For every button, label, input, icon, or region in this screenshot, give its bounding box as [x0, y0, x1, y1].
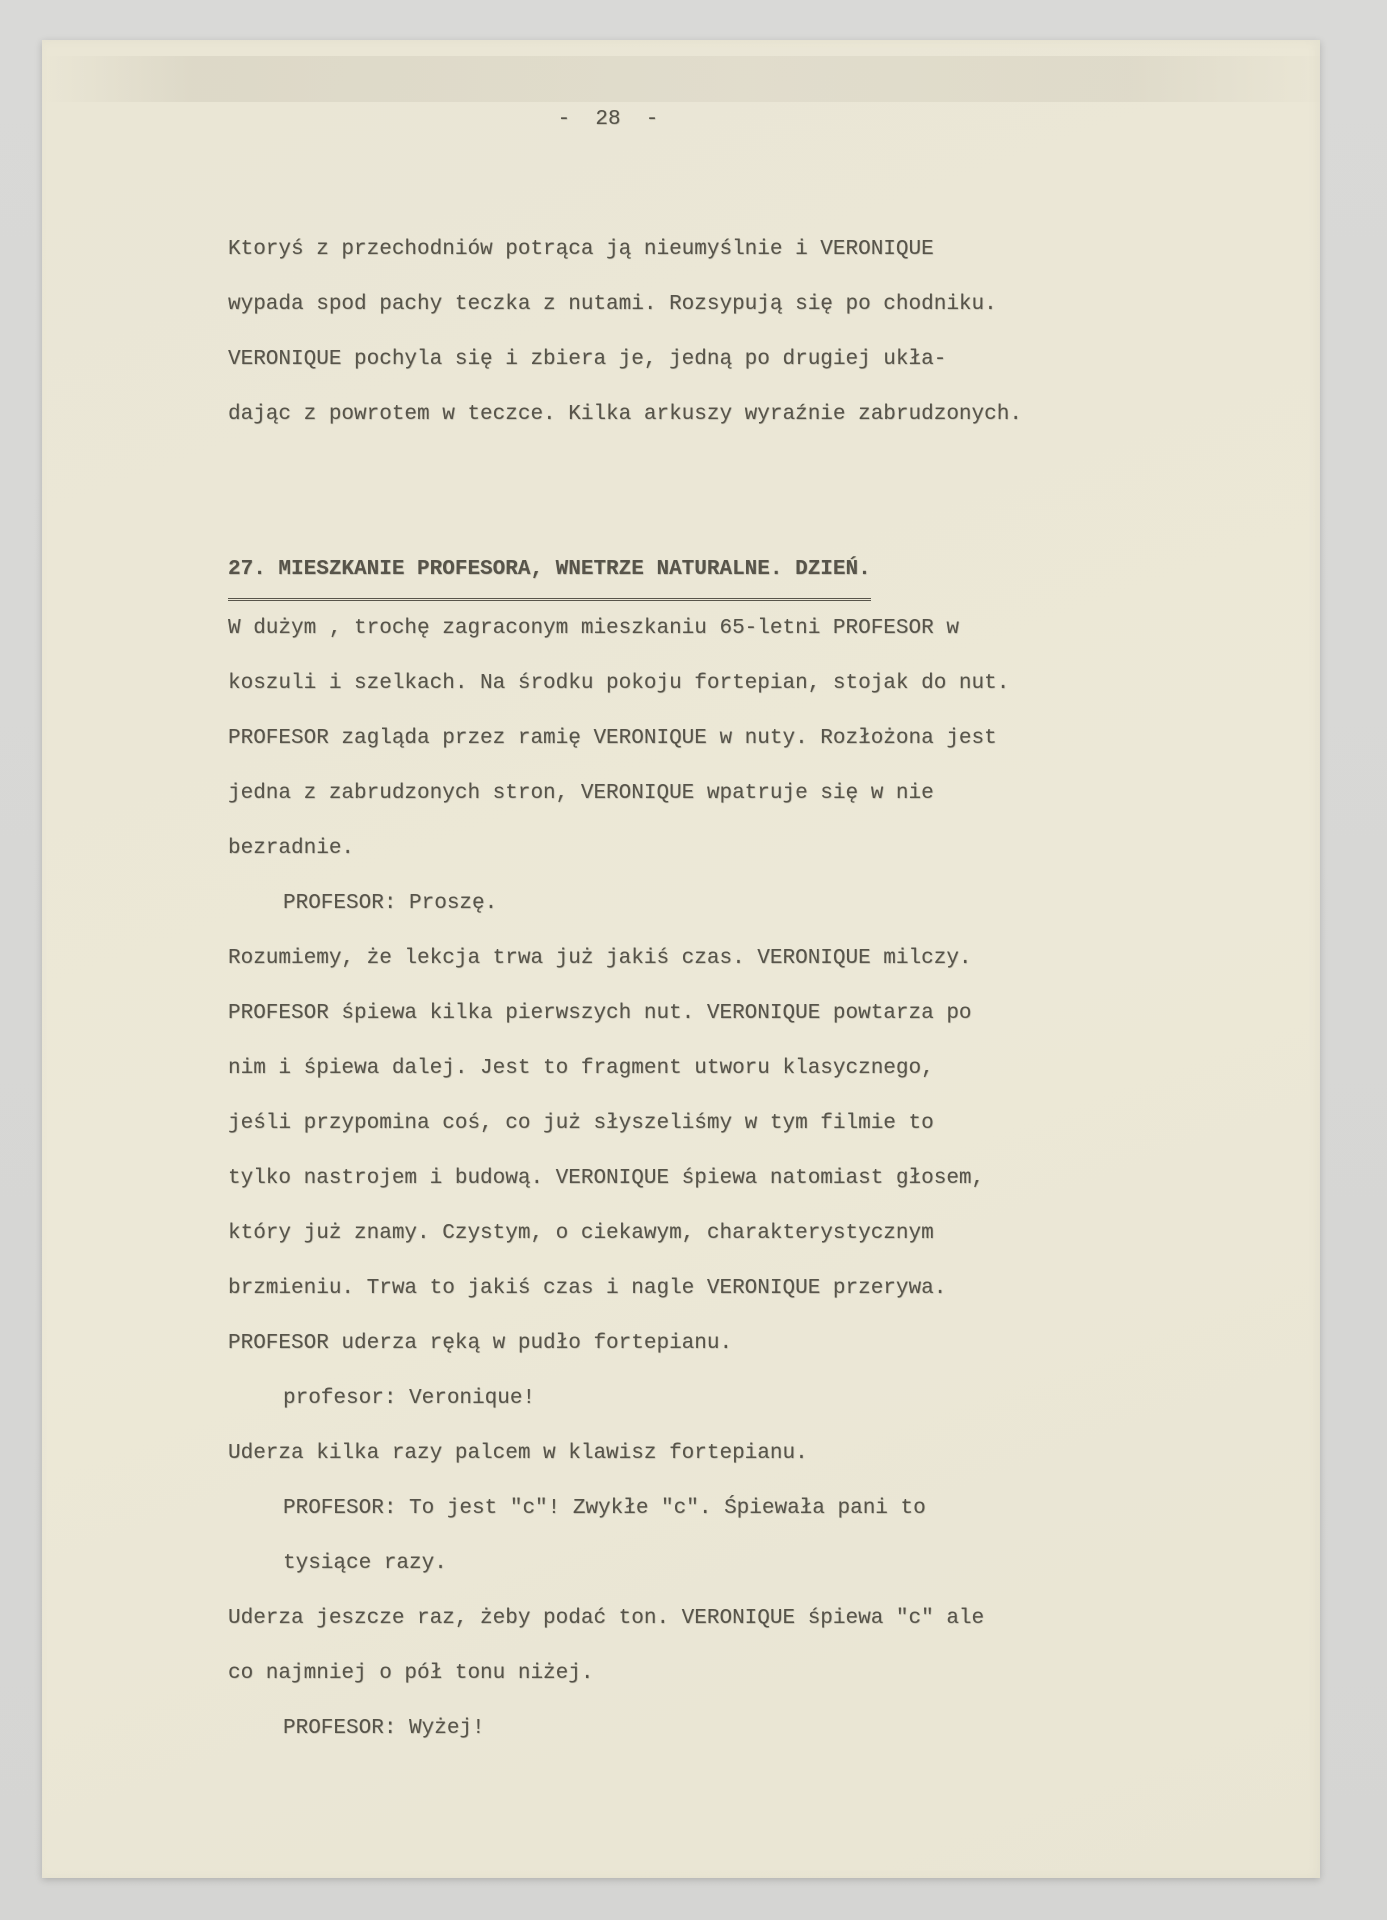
scene-heading-line: 27. MIESZKANIE PROFESORA, WNETRZE NATURA…	[228, 542, 1260, 601]
page-number: - 28 -	[228, 92, 988, 147]
script-block-heading: 27. MIESZKANIE PROFESORA, WNETRZE NATURA…	[228, 542, 1260, 601]
script-line: PROFESOR: Wyżej!	[228, 1701, 1260, 1756]
script-line: Rozumiemy, że lekcja trwa już jakiś czas…	[228, 931, 1260, 986]
script-line: PROFESOR uderza ręką w pudło fortepianu.	[228, 1316, 1260, 1371]
script-line: Uderza kilka razy palcem w klawisz forte…	[228, 1426, 1260, 1481]
script-line: bezradnie.	[228, 821, 1260, 876]
script-line: dając z powrotem w teczce. Kilka arkuszy…	[228, 387, 1260, 442]
script-line: Ktoryś z przechodniów potrąca ją nieumyś…	[228, 222, 1260, 277]
script-body: Ktoryś z przechodniów potrąca ją nieumyś…	[228, 222, 1260, 1756]
script-line: tylko nastrojem i budową. VERONIQUE śpie…	[228, 1151, 1260, 1206]
script-block-action: Rozumiemy, że lekcja trwa już jakiś czas…	[228, 931, 1260, 1371]
script-line: Uderza jeszcze raz, żeby podać ton. VERO…	[228, 1591, 1260, 1646]
script-block-dialogue: PROFESOR: To jest "c"! Zwykłe "c". Śpiew…	[228, 1481, 1260, 1591]
script-line: nim i śpiewa dalej. Jest to fragment utw…	[228, 1041, 1260, 1096]
script-line: koszuli i szelkach. Na środku pokoju for…	[228, 656, 1260, 711]
script-line: profesor: Veronique!	[228, 1371, 1260, 1426]
script-block-action: Uderza kilka razy palcem w klawisz forte…	[228, 1426, 1260, 1481]
script-line: PROFESOR: Proszę.	[228, 876, 1260, 931]
script-line: PROFESOR: To jest "c"! Zwykłe "c". Śpiew…	[228, 1481, 1260, 1536]
page-content: - 28 - Ktoryś z przechodniów potrąca ją …	[42, 40, 1320, 1756]
script-line: który już znamy. Czystym, o ciekawym, ch…	[228, 1206, 1260, 1261]
script-line: W dużym , trochę zagraconym mieszkaniu 6…	[228, 601, 1260, 656]
scan-background: - 28 - Ktoryś z przechodniów potrąca ją …	[0, 0, 1387, 1920]
script-line: PROFESOR śpiewa kilka pierwszych nut. VE…	[228, 986, 1260, 1041]
script-line: wypada spod pachy teczka z nutami. Rozsy…	[228, 277, 1260, 332]
script-block-dialogue: profesor: Veronique!	[228, 1371, 1260, 1426]
script-line: VERONIQUE pochyla się i zbiera je, jedną…	[228, 332, 1260, 387]
script-block-action: Ktoryś z przechodniów potrąca ją nieumyś…	[228, 222, 1260, 442]
script-line: jedna z zabrudzonych stron, VERONIQUE wp…	[228, 766, 1260, 821]
script-block-action: Uderza jeszcze raz, żeby podać ton. VERO…	[228, 1591, 1260, 1701]
script-line: co najmniej o pół tonu niżej.	[228, 1646, 1260, 1701]
scene-heading-text: 27. MIESZKANIE PROFESORA, WNETRZE NATURA…	[228, 542, 871, 601]
script-block-dialogue: PROFESOR: Proszę.	[228, 876, 1260, 931]
script-page: - 28 - Ktoryś z przechodniów potrąca ją …	[42, 40, 1320, 1878]
script-line: tysiące razy.	[228, 1536, 1260, 1591]
script-line: brzmieniu. Trwa to jakiś czas i nagle VE…	[228, 1261, 1260, 1316]
script-line: PROFESOR zagląda przez ramię VERONIQUE w…	[228, 711, 1260, 766]
script-block-dialogue: PROFESOR: Wyżej!	[228, 1701, 1260, 1756]
script-line: jeśli przypomina coś, co już słyszeliśmy…	[228, 1096, 1260, 1151]
script-block-action: W dużym , trochę zagraconym mieszkaniu 6…	[228, 601, 1260, 876]
